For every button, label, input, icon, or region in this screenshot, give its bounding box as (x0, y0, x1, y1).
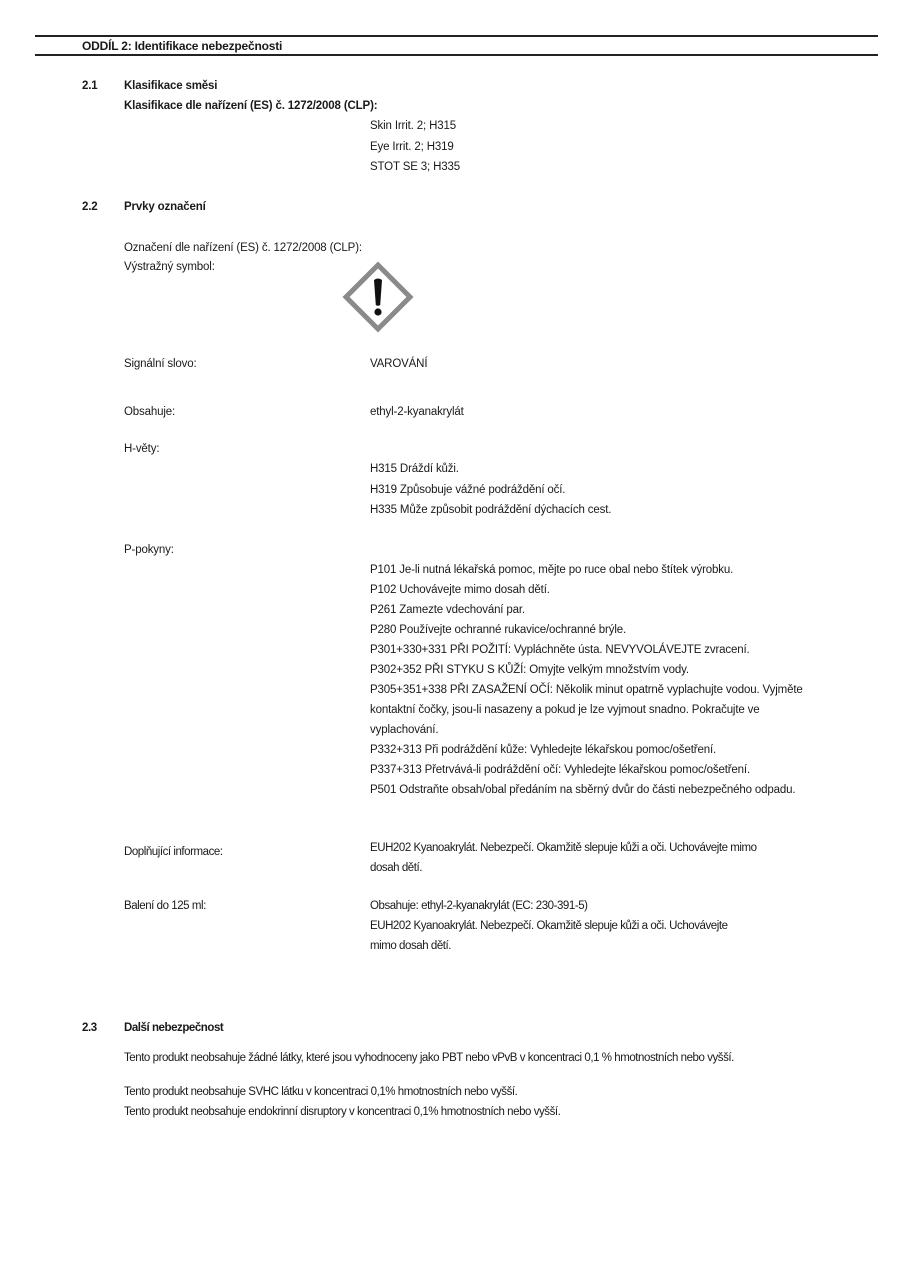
signal-word-value: VAROVÁNÍ (370, 358, 427, 370)
subsection-number-2-3: 2.3 (82, 1022, 97, 1034)
package-line: mimo dosah dětí. (370, 936, 728, 956)
pbt-vpvb-statement: Tento produkt neobsahuje žádné látky, kt… (124, 1052, 734, 1064)
package-line: Obsahuje: ethyl-2-kyanakrylát (EC: 230-3… (370, 896, 728, 916)
subsection-number-2-1: 2.1 (82, 80, 98, 92)
contains-label: Obsahuje: (124, 406, 175, 418)
package-line: EUH202 Kyanoakrylát. Nebezpečí. Okamžitě… (370, 916, 728, 936)
pictogram-label: Výstražný symbol: (124, 261, 215, 273)
classification-list: Skin Irrit. 2; H315 Eye Irrit. 2; H319 S… (370, 116, 460, 178)
subsection-title-2-1: Klasifikace směsi (124, 80, 217, 92)
h-statements-list: H315 Dráždí kůži. H319 Způsobuje vážné p… (370, 459, 611, 521)
section-top-rule (35, 35, 878, 37)
p-statement: vyplachování. (370, 720, 803, 740)
labeling-regulation-label: Označení dle nařízení (ES) č. 1272/2008 … (124, 242, 362, 254)
classification-item: Eye Irrit. 2; H319 (370, 137, 460, 158)
h-statement: H319 Způsobuje vážné podráždění očí. (370, 480, 611, 501)
p-statement: P337+313 Přetrvává-li podráždění očí: Vy… (370, 760, 803, 780)
p-statement: P301+330+331 PŘI POŽITÍ: Vypláchněte úst… (370, 640, 803, 660)
p-statement: kontaktní čočky, jsou-li nasazeny a poku… (370, 700, 803, 720)
h-statement: H315 Dráždí kůži. (370, 459, 611, 480)
classification-item: Skin Irrit. 2; H315 (370, 116, 460, 137)
classification-item: STOT SE 3; H335 (370, 157, 460, 178)
h-statements-label: H-věty: (124, 443, 159, 455)
p-statement: P261 Zamezte vdechování par. (370, 600, 803, 620)
supplementary-info-label: Doplňující informace: (124, 846, 223, 858)
signal-word-label: Signální slovo: (124, 358, 197, 370)
subsection-title-2-3: Další nebezpečnost (124, 1022, 223, 1034)
contains-value: ethyl-2-kyanakrylát (370, 406, 464, 418)
p-statement: P101 Je-li nutná lékařská pomoc, mějte p… (370, 560, 803, 580)
package-label: Balení do 125 ml: (124, 900, 206, 912)
p-statement: P102 Uchovávejte mimo dosah dětí. (370, 580, 803, 600)
p-statements-label: P-pokyny: (124, 544, 174, 556)
package-text: Obsahuje: ethyl-2-kyanakrylát (EC: 230-3… (370, 896, 728, 956)
p-statement: P305+351+338 PŘI ZASAŽENÍ OČÍ: Několik m… (370, 680, 803, 700)
supplementary-line: dosah dětí. (370, 858, 757, 878)
p-statement: P302+352 PŘI STYKU S KŮŽÍ: Omyjte velkým… (370, 660, 803, 680)
supplementary-info-text: EUH202 Kyanoakrylát. Nebezpečí. Okamžitě… (370, 838, 757, 878)
h-statement: H335 Může způsobit podráždění dýchacích … (370, 500, 611, 521)
p-statements-list: P101 Je-li nutná lékařská pomoc, mějte p… (370, 560, 803, 800)
exclamation-mark-diamond-icon (341, 260, 415, 334)
svhc-endocrine-statements: Tento produkt neobsahuje SVHC látku v ko… (124, 1082, 560, 1122)
p-statement: P501 Odstraňte obsah/obal předáním na sb… (370, 780, 803, 800)
section-bottom-rule (35, 54, 878, 56)
subsection-title-2-2: Prvky označení (124, 201, 206, 213)
p-statement: P332+313 Při podráždění kůže: Vyhledejte… (370, 740, 803, 760)
subsection-number-2-2: 2.2 (82, 201, 98, 213)
svhc-statement: Tento produkt neobsahuje SVHC látku v ko… (124, 1082, 560, 1102)
classification-regulation-heading: Klasifikace dle nařízení (ES) č. 1272/20… (124, 100, 377, 112)
supplementary-line: EUH202 Kyanoakrylát. Nebezpečí. Okamžitě… (370, 838, 757, 858)
p-statement: P280 Používejte ochranné rukavice/ochran… (370, 620, 803, 640)
section-title: ODDÍL 2: Identifikace nebezpečnosti (82, 39, 282, 53)
endocrine-statement: Tento produkt neobsahuje endokrinní disr… (124, 1102, 560, 1122)
